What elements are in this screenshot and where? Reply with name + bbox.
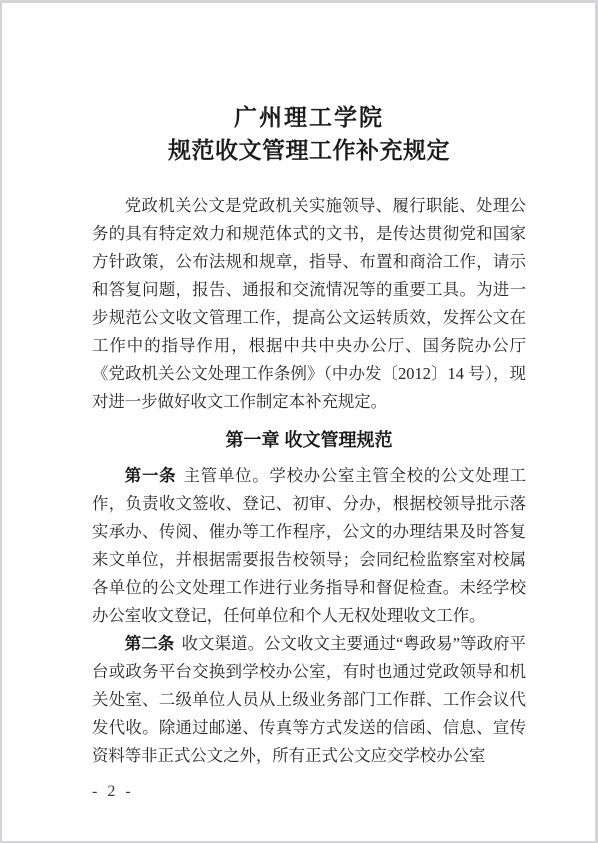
document-title: 广州理工学院 规范收文管理工作补充规定 xyxy=(92,101,526,167)
article-2-paragraph: 第二条收文渠道。公文收文主要通过“粤政易”等政府平台或政务平台交换到学校办公室，… xyxy=(92,630,526,770)
article-2-label: 第二条 xyxy=(125,634,174,653)
article-1-text: 主管单位。学校办公室主管全校的公文处理工作，负责收文签收、登记、初审、分办，根据… xyxy=(92,466,526,625)
document-title-line-1: 广州理工学院 xyxy=(92,101,526,134)
scan-background: 广州理工学院 规范收文管理工作补充规定 党政机关公文是党政机关实施领导、履行职能… xyxy=(0,0,598,843)
intro-paragraph: 党政机关公文是党政机关实施领导、履行职能、处理公务的具有特定效力和规范体式的文书… xyxy=(92,192,526,416)
document-title-line-2: 规范收文管理工作补充规定 xyxy=(92,134,526,167)
article-1-label: 第一条 xyxy=(125,466,176,485)
document-page: 广州理工学院 规范收文管理工作补充规定 党政机关公文是党政机关实施领导、履行职能… xyxy=(2,3,595,841)
chapter-heading: 第一章 收文管理规范 xyxy=(92,426,526,454)
article-2-text: 收文渠道。公文收文主要通过“粤政易”等政府平台或政务平台交换到学校办公室，有时也… xyxy=(92,634,526,765)
text-column: 广州理工学院 规范收文管理工作补充规定 党政机关公文是党政机关实施领导、履行职能… xyxy=(92,101,526,770)
page-number: - 2 - xyxy=(92,783,134,801)
article-1-paragraph: 第一条主管单位。学校办公室主管全校的公文处理工作，负责收文签收、登记、初审、分办… xyxy=(92,462,526,630)
